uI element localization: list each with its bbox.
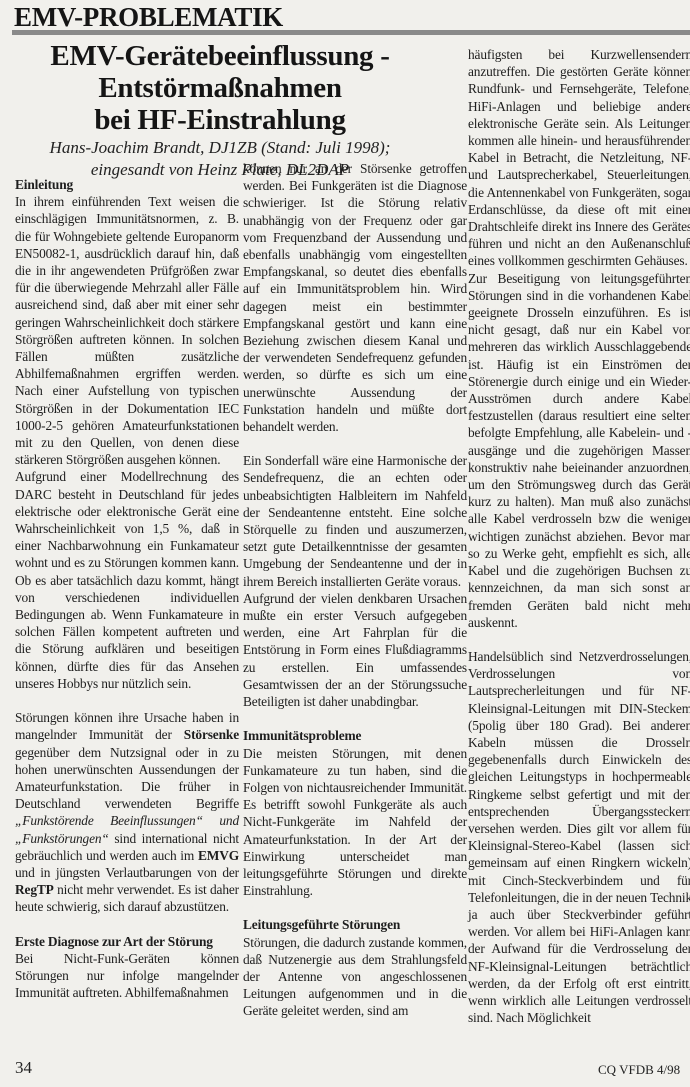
article-title-line-2: Entstörmaßnahmen <box>40 72 400 104</box>
paragraph: In ihrem einführenden Text weisen die ei… <box>15 193 239 468</box>
paragraph-gap <box>243 899 467 916</box>
section-header: EMV-PROBLEMATIK <box>14 2 283 32</box>
column-2: können nur an der Störsenke getroffen we… <box>243 160 467 1020</box>
heading-immunitaetsprobleme: Immunitätsprobleme <box>243 727 467 744</box>
paragraph-gap <box>243 435 467 452</box>
term-regtp: RegTP <box>15 882 54 897</box>
issue-label: CQ VFDB 4/98 <box>598 1062 680 1078</box>
paragraph: Ein Sonderfall wäre eine Harmonische der… <box>243 452 467 590</box>
paragraph: Aufgrund einer Modellrechnung des DARC b… <box>15 468 239 692</box>
heading-leitungsgefuehrte-stoerungen: Leitungsgeführte Störungen <box>243 916 467 933</box>
article-title-line-3: bei HF-Einstrahlung <box>40 104 400 136</box>
text-run: gegenüber dem Nutzsignal oder in zu hohe… <box>15 745 239 812</box>
paragraph: Störungen können ihre Ursache haben in m… <box>15 709 239 915</box>
paragraph: Aufgrund der vielen denkbaren Ursachen m… <box>243 590 467 710</box>
column-1: Einleitung In ihrem einführenden Text we… <box>15 176 239 1001</box>
paragraph: können nur an der Störsenke getroffen we… <box>243 160 467 435</box>
paragraph: Störungen, die dadurch zustande kommen, … <box>243 934 467 1020</box>
page-number: 34 <box>15 1058 32 1078</box>
heading-einleitung: Einleitung <box>15 176 239 193</box>
heading-erste-diagnose: Erste Diagnose zur Art der Störung <box>15 933 239 950</box>
paragraph: Zur Beseitigung von leitungsgeführten St… <box>468 270 690 631</box>
term-emvg: EMVG <box>198 848 239 863</box>
column-3: häufigsten bei Kurzwellensendern anzutre… <box>468 46 690 1026</box>
paragraph: Die meisten Störungen, mit denen Funkama… <box>243 745 467 900</box>
paragraph: Bei Nicht-Funk-Geräten können Störungen … <box>15 950 239 1002</box>
byline-line-1: Hans-Joachim Brandt, DJ1ZB (Stand: Juli … <box>40 137 400 158</box>
paragraph-gap <box>468 631 690 648</box>
paragraph: häufigsten bei Kurzwellensendern anzutre… <box>468 46 690 270</box>
paragraph-gap <box>15 916 239 933</box>
term-stoersenke: Störsenke <box>184 727 239 742</box>
article-title-block: EMV-Gerätebeeinflussung - Entstörmaßnahm… <box>40 40 400 180</box>
paragraph-gap <box>15 692 239 709</box>
paragraph-gap <box>243 710 467 727</box>
text-run: und in jüngsten Verlautbarungen von der <box>15 865 239 880</box>
header-rule <box>12 30 690 35</box>
paragraph: Handelsüblich sind Netzverdrosselungen, … <box>468 648 690 1026</box>
article-title-line-1: EMV-Gerätebeeinflussung - <box>40 40 400 72</box>
